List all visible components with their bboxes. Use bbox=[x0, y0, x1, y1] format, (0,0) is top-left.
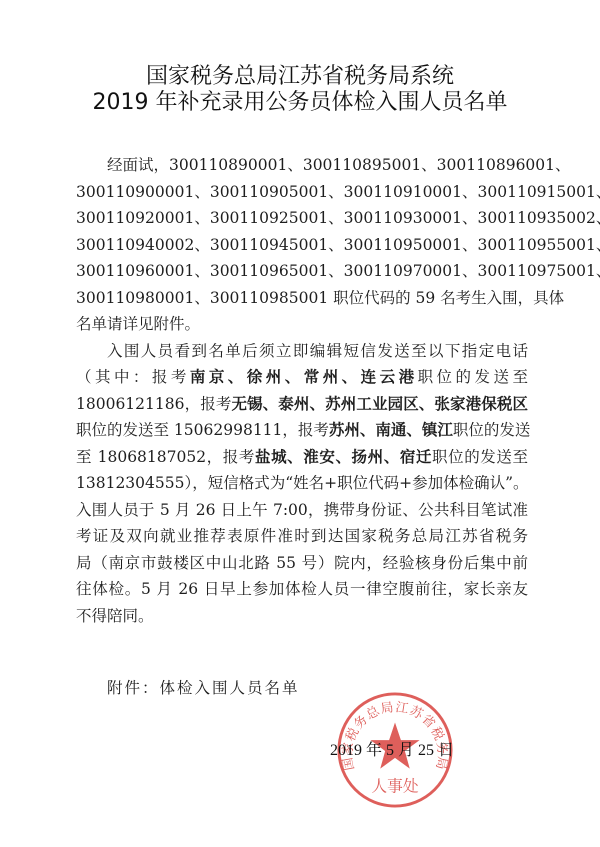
cities-group-4: 盐城、淮安、扬州、宿迁 bbox=[255, 447, 432, 466]
document-body: 经面试，300110890001、300110895001、3001108960… bbox=[76, 152, 528, 629]
paragraph1-line: 名单请详见附件。 bbox=[76, 311, 528, 338]
text-segment: 职位的发送至 bbox=[418, 368, 528, 386]
paragraph1-line: 300110980001、300110985001 职位代码的 59 名考生入围… bbox=[76, 285, 528, 312]
text-segment: 至 18068187052，报考 bbox=[76, 448, 255, 466]
document-title-line1: 国家税务总局江苏省税务局系统 bbox=[0, 64, 600, 90]
paragraph2-line: 考证及双向就业推荐表原件准时到达国家税务总局江苏省税务 bbox=[76, 523, 528, 550]
paragraph2-line: 入围人员于 5 月 26 日上午 7:00，携带身份证、公共科目笔试准 bbox=[76, 497, 528, 524]
paragraph2-line: （其中：报考南京、徐州、常州、连云港职位的发送至 bbox=[76, 364, 528, 391]
paragraph2-line: 至 18068187052，报考盐城、淮安、扬州、宿迁职位的发送至 bbox=[76, 444, 528, 471]
cities-group-3: 苏州、南通、镇江 bbox=[329, 420, 453, 439]
document-date: 2019 年 5 月 25 日 bbox=[330, 737, 454, 760]
paragraph2-line: 不得陪同。 bbox=[76, 603, 528, 630]
text-segment: 职位的发送至 bbox=[432, 448, 528, 466]
text-segment: （其中：报考 bbox=[76, 368, 190, 386]
paragraph2-line: 往体检。5 月 26 日早上参加体检人员一律空腹前往，家长亲友 bbox=[76, 576, 528, 603]
paragraph2-line: 13812304555），短信格式为“姓名+职位代码+参加体检确认”。 bbox=[76, 470, 528, 497]
paragraph1-line: 300110940002、300110945001、300110950001、3… bbox=[76, 232, 528, 259]
document-title-line2: 2019 年补充录用公务员体检入围人员名单 bbox=[0, 90, 600, 116]
attachment-note: 附件：体检入围人员名单 bbox=[107, 676, 300, 698]
cities-group-1: 南京、徐州、常州、连云港 bbox=[190, 367, 418, 386]
seal-center-text: 人事处 bbox=[371, 776, 418, 795]
text-segment: 18006121186，报考 bbox=[76, 395, 231, 413]
paragraph1-line: 300110960001、300110965001、300110970001、3… bbox=[76, 258, 528, 285]
paragraph1-line: 300110920001、300110925001、300110930001、3… bbox=[76, 205, 528, 232]
paragraph2-line: 局（南京市鼓楼区中山北路 55 号）院内，经验核身份后集中前 bbox=[76, 550, 528, 577]
paragraph2-line: 职位的发送至 15062998111，报考苏州、南通、镇江职位的发送 bbox=[76, 417, 528, 444]
text-segment: 职位的发送 bbox=[453, 421, 531, 439]
cities-group-2: 无锡、泰州、苏州工业园区、张家港保税区 bbox=[231, 394, 528, 413]
text-segment: 职位的发送至 15062998111，报考 bbox=[76, 421, 329, 439]
paragraph1-line: 经面试，300110890001、300110895001、3001108960… bbox=[76, 152, 528, 179]
paragraph2-line: 18006121186，报考无锡、泰州、苏州工业园区、张家港保税区 bbox=[76, 391, 528, 418]
paragraph2-line: 入围人员看到名单后须立即编辑短信发送至以下指定电话 bbox=[76, 338, 528, 365]
paragraph1-line: 300110900001、300110905001、300110910001、3… bbox=[76, 179, 528, 206]
